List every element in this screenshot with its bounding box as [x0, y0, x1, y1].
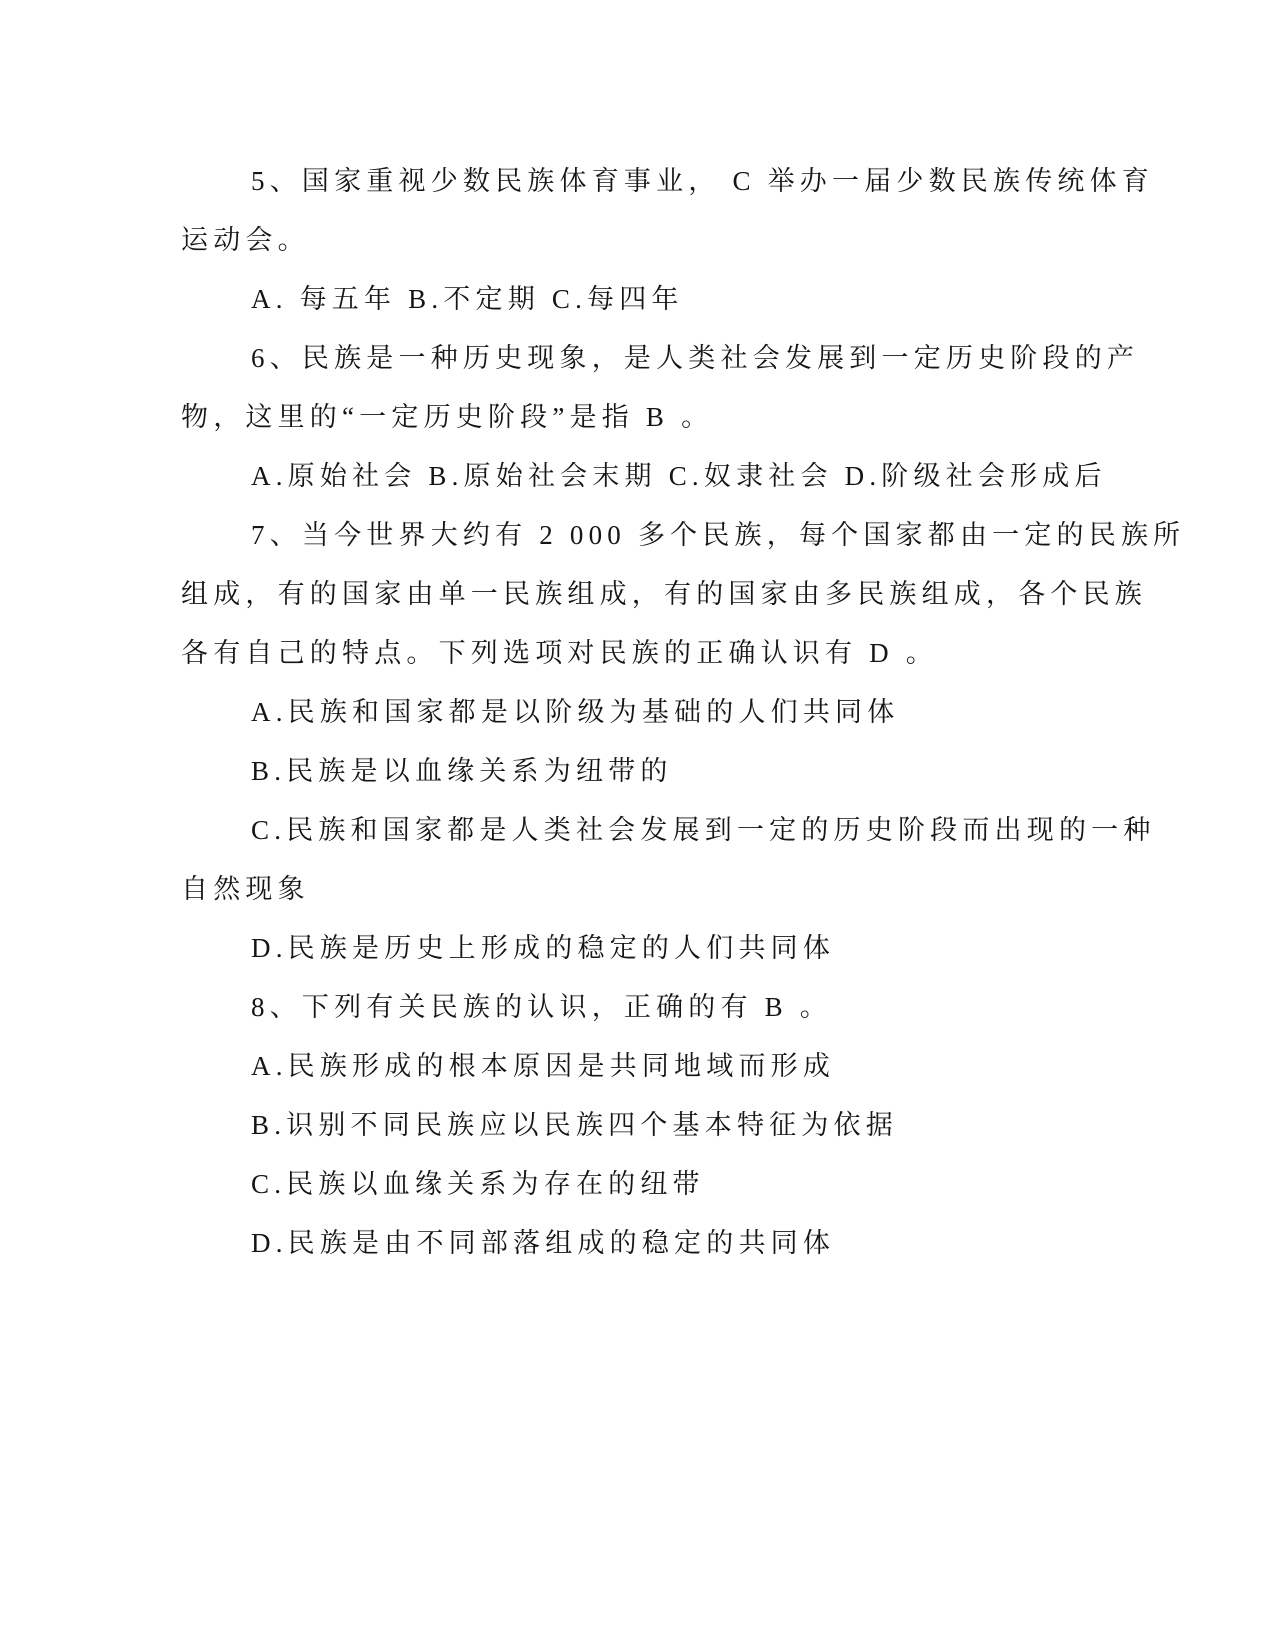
question-6-stem-line-1: 6、民族是一种历史现象，是人类社会发展到一定历史阶段的产 [181, 335, 1031, 394]
question-8-option-c: C.民族以血缘关系为存在的纽带 [181, 1161, 1031, 1220]
document-page: 5、国家重视少数民族体育事业， C 举办一届少数民族传统体育 运动会。 A. 每… [0, 0, 1275, 1650]
question-5-options: A. 每五年 B.不定期 C.每四年 [181, 276, 1031, 335]
question-6-options: A.原始社会 B.原始社会末期 C.奴隶社会 D.阶级社会形成后 [181, 453, 1031, 512]
question-6: 6、民族是一种历史现象，是人类社会发展到一定历史阶段的产 物，这里的“一定历史阶… [181, 335, 1031, 512]
question-8-option-a: A.民族形成的根本原因是共同地域而形成 [181, 1043, 1031, 1102]
question-list: 5、国家重视少数民族体育事业， C 举办一届少数民族传统体育 运动会。 A. 每… [181, 158, 1031, 1279]
question-7-option-c-continued: 自然现象 [181, 866, 1031, 925]
question-8-option-d: D.民族是由不同部落组成的稳定的共同体 [181, 1220, 1031, 1279]
question-7-stem-line-1: 7、当今世界大约有 2 000 多个民族，每个国家都由一定的民族所 [181, 512, 1031, 571]
question-5-stem-line-1: 5、国家重视少数民族体育事业， C 举办一届少数民族传统体育 [181, 158, 1031, 217]
question-7-stem-line-3: 各有自己的特点。下列选项对民族的正确认识有 D 。 [181, 630, 1031, 689]
question-5-stem-line-2: 运动会。 [181, 217, 1031, 276]
question-7: 7、当今世界大约有 2 000 多个民族，每个国家都由一定的民族所 组成，有的国… [181, 512, 1031, 984]
question-7-option-d: D.民族是历史上形成的稳定的人们共同体 [181, 925, 1031, 984]
question-7-stem-line-2: 组成，有的国家由单一民族组成，有的国家由多民族组成，各个民族 [181, 571, 1031, 630]
question-6-stem-line-2: 物，这里的“一定历史阶段”是指 B 。 [181, 394, 1031, 453]
question-7-option-c: C.民族和国家都是人类社会发展到一定的历史阶段而出现的一种 [181, 807, 1031, 866]
question-7-option-a: A.民族和国家都是以阶级为基础的人们共同体 [181, 689, 1031, 748]
question-5: 5、国家重视少数民族体育事业， C 举办一届少数民族传统体育 运动会。 A. 每… [181, 158, 1031, 335]
question-8: 8、下列有关民族的认识，正确的有 B 。 A.民族形成的根本原因是共同地域而形成… [181, 984, 1031, 1279]
question-8-option-b: B.识别不同民族应以民族四个基本特征为依据 [181, 1102, 1031, 1161]
question-7-option-b: B.民族是以血缘关系为纽带的 [181, 748, 1031, 807]
question-8-stem-line-1: 8、下列有关民族的认识，正确的有 B 。 [181, 984, 1031, 1043]
